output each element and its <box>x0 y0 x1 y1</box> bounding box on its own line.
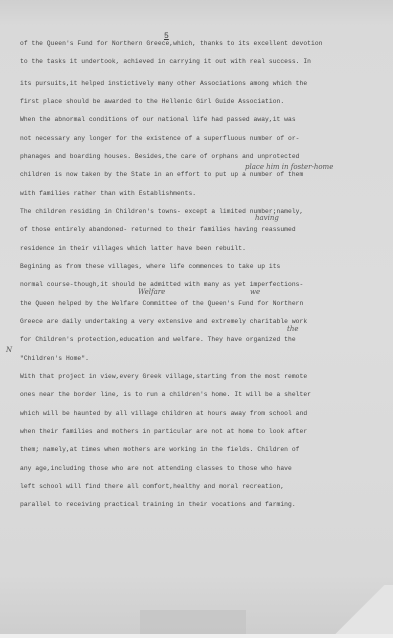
text-line: its pursuits,it helped instictively many… <box>20 80 307 87</box>
text-line: to the tasks it undertook, achieved in c… <box>20 58 311 65</box>
text-line: residence in their villages which latter… <box>20 245 246 252</box>
text-line: for Children's protection,education and … <box>20 336 296 343</box>
text-line: children is now taken by the State in an… <box>20 171 303 178</box>
text-line: of the Queen's Fund for Northern Greece,… <box>20 40 322 47</box>
handwritten-note: Welfare <box>138 288 165 296</box>
text-line: Greece are daily undertaking a very exte… <box>20 318 307 325</box>
text-line: "Children's Home". <box>20 355 89 362</box>
text-line: left school will find there all comfort,… <box>20 483 284 490</box>
document-page: 5 of the Queen's Fund for Northern Greec… <box>0 0 393 638</box>
handwritten-note: place him in foster-home <box>245 163 333 171</box>
text-line: Begining as from these villages, where l… <box>20 263 280 270</box>
text-line: parallel to receiving practical training… <box>20 501 296 508</box>
text-line: with families rather than with Establish… <box>20 190 196 197</box>
handwritten-note: N <box>6 346 12 354</box>
handwritten-note: the <box>287 325 298 333</box>
text-line: any age,including those who are not atte… <box>20 465 292 472</box>
text-line: ones near the border line, is to run a c… <box>20 391 311 398</box>
text-line: normal course-though,it should be admitt… <box>20 281 303 288</box>
text-line: When the abnormal conditions of our nati… <box>20 116 296 123</box>
text-line: phanages and boarding houses. Besides,th… <box>20 153 300 160</box>
text-line: them; namely,at times when mothers are w… <box>20 446 300 453</box>
handwritten-note: having <box>255 214 279 222</box>
text-line: which will be haunted by all village chi… <box>20 410 307 417</box>
text-line: when their families and mothers in parti… <box>20 428 307 435</box>
page-edge <box>0 634 393 638</box>
handwritten-note: we <box>250 288 260 296</box>
text-line: of those entirely abandoned- returned to… <box>20 226 296 233</box>
folded-corner <box>333 585 393 638</box>
text-line: first place should be awarded to the Hel… <box>20 98 284 105</box>
text-line: the Queen helped by the Welfare Committe… <box>20 300 303 307</box>
text-line: not necessary any longer for the existen… <box>20 135 300 142</box>
text-line: With that project in view,every Greek vi… <box>20 373 307 380</box>
